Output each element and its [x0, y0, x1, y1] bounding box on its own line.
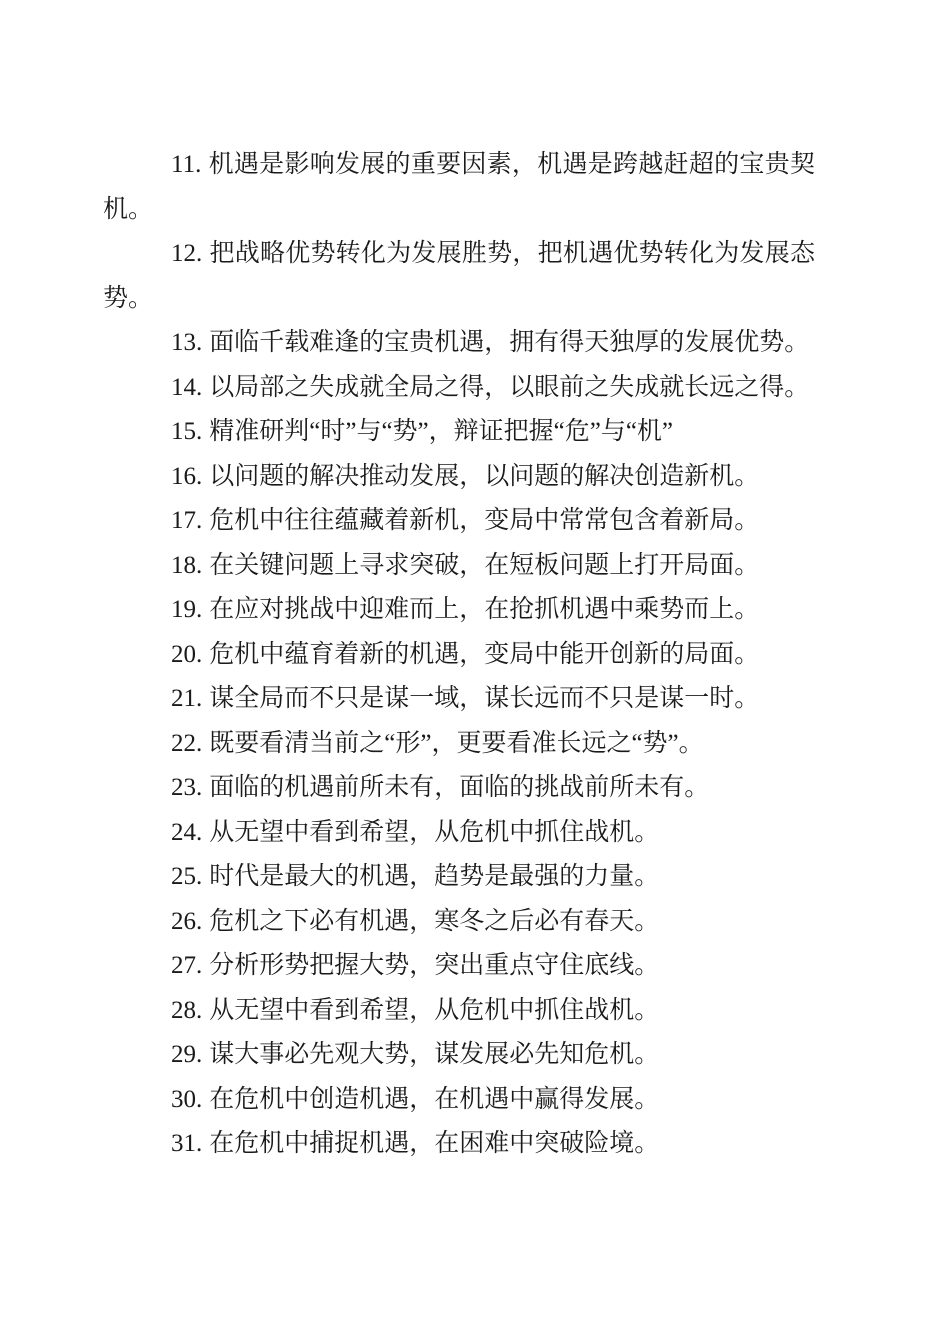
item-number: 29.: [171, 1041, 202, 1068]
list-item: 19.在应对挑战中迎难而上，在抢抓机遇中乘势而上。: [103, 588, 815, 633]
list-item: 26.危机之下必有机遇，寒冬之后必有春天。: [103, 900, 815, 945]
item-text: 危机之下必有机遇，寒冬之后必有春天。: [209, 908, 659, 935]
item-number: 16.: [171, 463, 202, 490]
item-number: 14.: [171, 374, 202, 401]
item-text: 谋大事必先观大势，谋发展必先知危机。: [209, 1041, 659, 1068]
item-text: 在危机中捕捉机遇，在困难中突破险境。: [209, 1130, 659, 1157]
list-item: 17.危机中往往蕴藏着新机，变局中常常包含着新局。: [103, 499, 815, 544]
item-number: 21.: [171, 685, 202, 712]
list-item: 16.以问题的解决推动发展，以问题的解决创造新机。: [103, 455, 815, 500]
item-text: 在应对挑战中迎难而上，在抢抓机遇中乘势而上。: [209, 596, 759, 623]
item-number: 17.: [171, 507, 202, 534]
list-item: 24.从无望中看到希望，从危机中抓住战机。: [103, 811, 815, 856]
item-text: 精准研判“时”与“势”，辩证把握“危”与“机”: [209, 418, 673, 445]
item-text: 面临的机遇前所未有，面临的挑战前所未有。: [209, 774, 709, 801]
item-number: 28.: [171, 997, 202, 1024]
item-text: 分析形势把握大势，突出重点守住底线。: [209, 952, 659, 979]
item-number: 23.: [171, 774, 202, 801]
item-number: 25.: [171, 863, 202, 890]
list-item: 23.面临的机遇前所未有，面临的挑战前所未有。: [103, 766, 815, 811]
item-number: 22.: [171, 730, 202, 757]
item-text: 以局部之失成就全局之得，以眼前之失成就长远之得。: [209, 374, 809, 401]
item-number: 19.: [171, 596, 202, 623]
list-item: 28.从无望中看到希望，从危机中抓住战机。: [103, 989, 815, 1034]
item-number: 13.: [171, 329, 202, 356]
list-item: 20.危机中蕴育着新的机遇，变局中能开创新的局面。: [103, 633, 815, 678]
item-text: 在关键问题上寻求突破，在短板问题上打开局面。: [209, 552, 759, 579]
item-text: 在危机中创造机遇，在机遇中赢得发展。: [209, 1086, 659, 1113]
document-text-block: 11.机遇是影响发展的重要因素，机遇是跨越赶超的宝贵契机。 12.把战略优势转化…: [103, 143, 815, 1167]
item-text: 时代是最大的机遇，趋势是最强的力量。: [209, 863, 659, 890]
list-item: 30.在危机中创造机遇，在机遇中赢得发展。: [103, 1078, 815, 1123]
item-text: 以问题的解决推动发展，以问题的解决创造新机。: [209, 463, 759, 490]
list-item: 11.机遇是影响发展的重要因素，机遇是跨越赶超的宝贵契机。: [103, 143, 815, 232]
item-text: 机遇是影响发展的重要因素，机遇是跨越赶超的宝贵契机。: [103, 151, 815, 223]
list-item: 21.谋全局而不只是谋一域，谋长远而不只是谋一时。: [103, 677, 815, 722]
list-item: 18.在关键问题上寻求突破，在短板问题上打开局面。: [103, 544, 815, 589]
item-number: 12.: [171, 240, 202, 267]
list-item: 15.精准研判“时”与“势”，辩证把握“危”与“机”: [103, 410, 815, 455]
item-number: 27.: [171, 952, 202, 979]
list-item: 31.在危机中捕捉机遇，在困难中突破险境。: [103, 1122, 815, 1167]
item-number: 26.: [171, 908, 202, 935]
item-text: 面临千载难逢的宝贵机遇，拥有得天独厚的发展优势。: [209, 329, 809, 356]
document-page: 11.机遇是影响发展的重要因素，机遇是跨越赶超的宝贵契机。 12.把战略优势转化…: [0, 0, 950, 1344]
item-text: 从无望中看到希望，从危机中抓住战机。: [209, 819, 659, 846]
item-number: 11.: [171, 151, 201, 178]
item-text: 谋全局而不只是谋一域，谋长远而不只是谋一时。: [209, 685, 759, 712]
list-item: 27.分析形势把握大势，突出重点守住底线。: [103, 944, 815, 989]
list-item: 12.把战略优势转化为发展胜势，把机遇优势转化为发展态势。: [103, 232, 815, 321]
item-text: 既要看清当前之“形”，更要看准长远之“势”。: [209, 730, 703, 757]
item-text: 危机中蕴育着新的机遇，变局中能开创新的局面。: [209, 641, 759, 668]
item-number: 24.: [171, 819, 202, 846]
list-item: 25.时代是最大的机遇，趋势是最强的力量。: [103, 855, 815, 900]
list-item: 13.面临千载难逢的宝贵机遇，拥有得天独厚的发展优势。: [103, 321, 815, 366]
list-item: 14.以局部之失成就全局之得，以眼前之失成就长远之得。: [103, 366, 815, 411]
list-item: 29.谋大事必先观大势，谋发展必先知危机。: [103, 1033, 815, 1078]
item-text: 把战略优势转化为发展胜势，把机遇优势转化为发展态势。: [103, 240, 815, 312]
item-number: 18.: [171, 552, 202, 579]
item-number: 20.: [171, 641, 202, 668]
item-number: 31.: [171, 1130, 202, 1157]
item-number: 30.: [171, 1086, 202, 1113]
list-item: 22.既要看清当前之“形”，更要看准长远之“势”。: [103, 722, 815, 767]
item-text: 从无望中看到希望，从危机中抓住战机。: [209, 997, 659, 1024]
item-text: 危机中往往蕴藏着新机，变局中常常包含着新局。: [209, 507, 759, 534]
item-number: 15.: [171, 418, 202, 445]
